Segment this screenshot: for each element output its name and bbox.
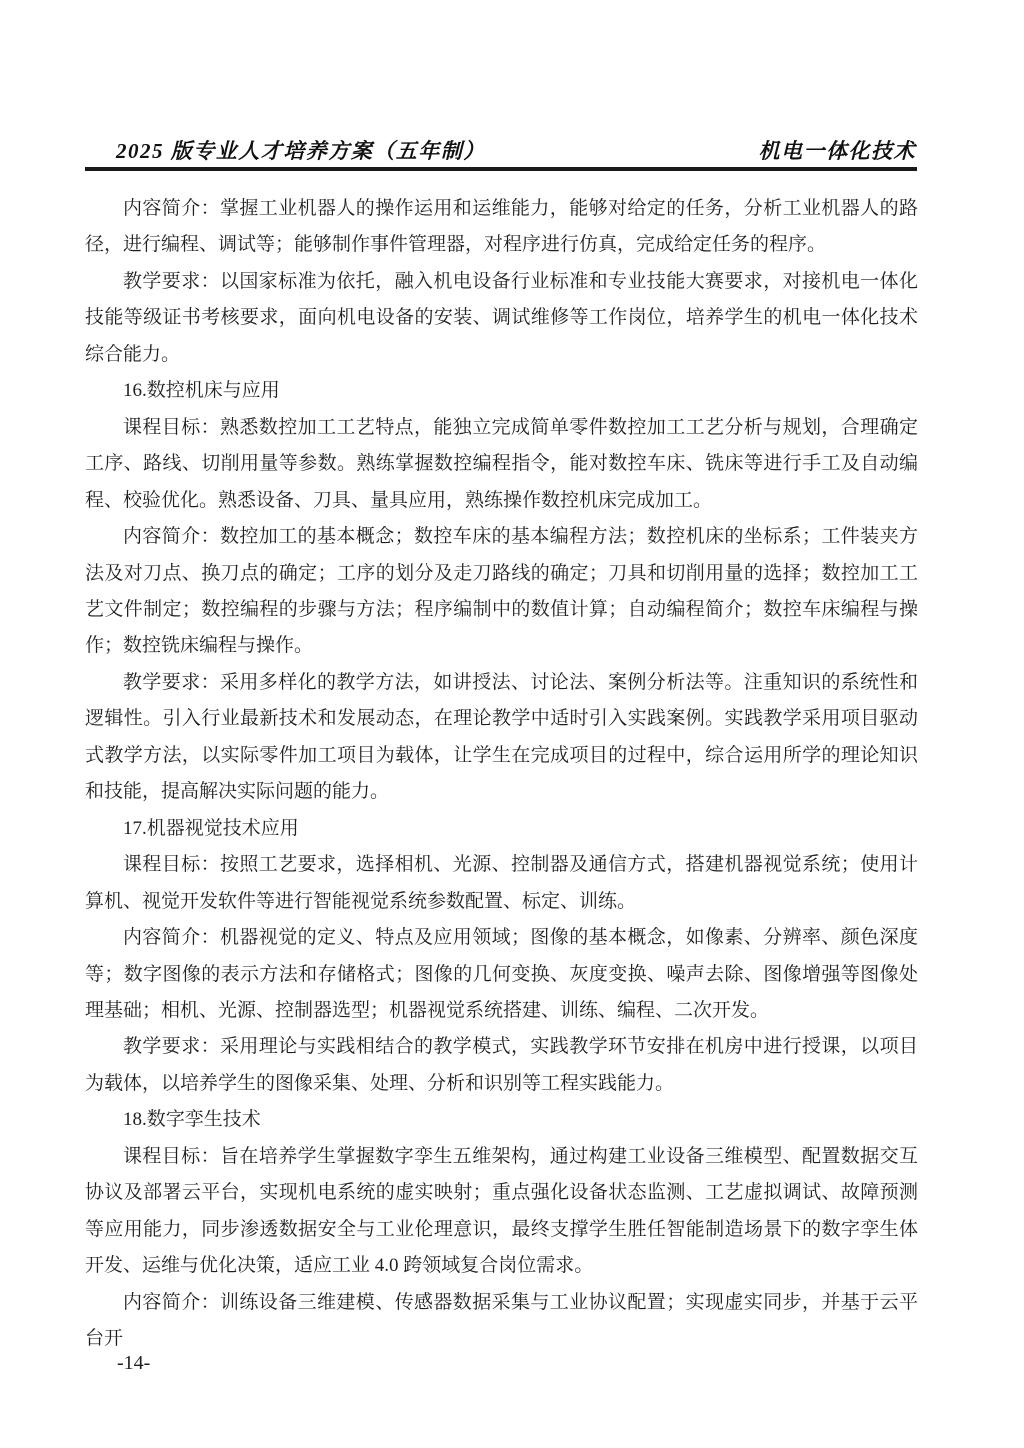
paragraph: 课程目标：旨在培养学生掌握数字孪生五维架构，通过构建工业设备三维模型、配置数据交… — [85, 1139, 918, 1285]
header-right-title: 机电一体化技术 — [759, 138, 919, 164]
document-page: 2025 版专业人才培养方案（五年制） 机电一体化技术 内容简介：掌握工业机器人… — [0, 0, 1024, 1448]
paragraph: 课程目标：按照工艺要求，选择相机、光源、控制器及通信方式，搭建机器视觉系统；使用… — [85, 847, 918, 920]
page-footer: -14- — [117, 1350, 150, 1376]
paragraph: 内容简介：数控加工的基本概念；数控车床的基本编程方法；数控机床的坐标系；工件装夹… — [85, 519, 918, 665]
paragraph: 课程目标：熟悉数控加工工艺特点，能独立完成简单零件数控加工工艺分析与规划，合理确… — [85, 410, 918, 519]
paragraph: 教学要求：采用理论与实践相结合的教学模式，实践教学环节安排在机房中进行授课，以项… — [85, 1029, 918, 1102]
header-left-title: 2025 版专业人才培养方案（五年制） — [85, 138, 486, 164]
paragraph: 内容简介：机器视觉的定义、特点及应用领域；图像的基本概念，如像素、分辨率、颜色深… — [85, 920, 918, 1029]
section-heading: 18.数字孪生技术 — [85, 1102, 918, 1138]
paragraph: 内容简介：掌握工业机器人的操作运用和运维能力，能够对给定的任务，分析工业机器人的… — [85, 191, 918, 264]
paragraph: 教学要求：采用多样化的教学方法，如讲授法、讨论法、案例分析法等。注重知识的系统性… — [85, 665, 918, 811]
paragraph: 内容简介：训练设备三维建模、传感器数据采集与工业协议配置；实现虚实同步，并基于云… — [85, 1285, 918, 1358]
paragraph: 教学要求：以国家标准为依托，融入机电设备行业标准和专业技能大赛要求，对接机电一体… — [85, 264, 918, 373]
section-heading: 17.机器视觉技术应用 — [85, 811, 918, 847]
header-rule — [85, 167, 917, 171]
running-header: 2025 版专业人才培养方案（五年制） 机电一体化技术 — [85, 138, 918, 164]
section-heading: 16.数控机床与应用 — [85, 373, 918, 409]
document-body: 内容简介：掌握工业机器人的操作运用和运维能力，能够对给定的任务，分析工业机器人的… — [85, 191, 918, 1358]
page-number: -14- — [117, 1352, 150, 1374]
